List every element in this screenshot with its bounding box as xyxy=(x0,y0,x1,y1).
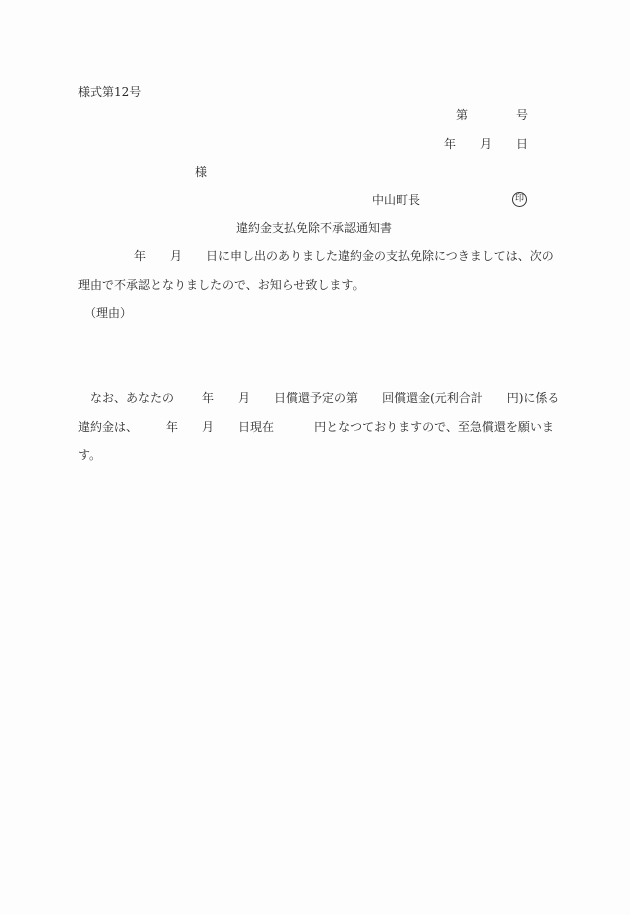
form-number: 様式第12号 xyxy=(78,85,141,99)
date-day-label: 日 xyxy=(516,137,528,151)
date-year-label: 年 xyxy=(444,137,456,151)
body-month-label: 月 xyxy=(170,249,182,263)
body-line-1-text: 日に申し出のありました違約金の支払免除につきましては、次の xyxy=(206,249,554,263)
notice-line-2-mid: 日現在 xyxy=(238,420,274,434)
document-title: 違約金支払免除不承認通知書 xyxy=(236,221,392,235)
notice-line-1-start: なお、あなたの xyxy=(90,391,174,405)
notice-line-2: 違約金は、年月日現在円となつておりますので、至急償還を願いま xyxy=(78,420,548,434)
issuer-title: 中山町長 xyxy=(372,193,420,207)
notice-line-1-mid: 日償還予定の第 xyxy=(274,391,358,405)
notice-line-2-year-label: 年 xyxy=(166,420,178,434)
addressee-suffix: 様 xyxy=(195,165,207,179)
notice-line-1-installment: 回償還金(元利合計 xyxy=(382,391,483,405)
document-number-suffix: 号 xyxy=(516,108,528,122)
notice-line-2-end: 円となつておりますので、至急償還を願いま xyxy=(314,420,554,434)
notice-line-1-end: 円)に係る xyxy=(507,391,560,405)
body-line-1: 年月日に申し出のありました違約金の支払免除につきましては、次の xyxy=(78,249,548,263)
date-month-label: 月 xyxy=(480,137,492,151)
notice-line-3: す。 xyxy=(78,448,548,462)
reason-label: （理由） xyxy=(84,306,554,320)
notice-line-2-month-label: 月 xyxy=(202,420,214,434)
notice-year-label: 年 xyxy=(202,391,214,405)
body-line-2: 理由で不承認となりましたので、お知らせ致します。 xyxy=(78,278,548,292)
notice-line-1: なお、あなたの年月日償還予定の第回償還金(元利合計円)に係る xyxy=(78,391,548,405)
notice-line-2-start: 違約金は、 xyxy=(78,420,138,434)
notice-month-label: 月 xyxy=(238,391,250,405)
body-year-label: 年 xyxy=(134,249,146,263)
document-number-prefix: 第 xyxy=(456,108,468,122)
seal-icon: 印 xyxy=(512,192,527,207)
